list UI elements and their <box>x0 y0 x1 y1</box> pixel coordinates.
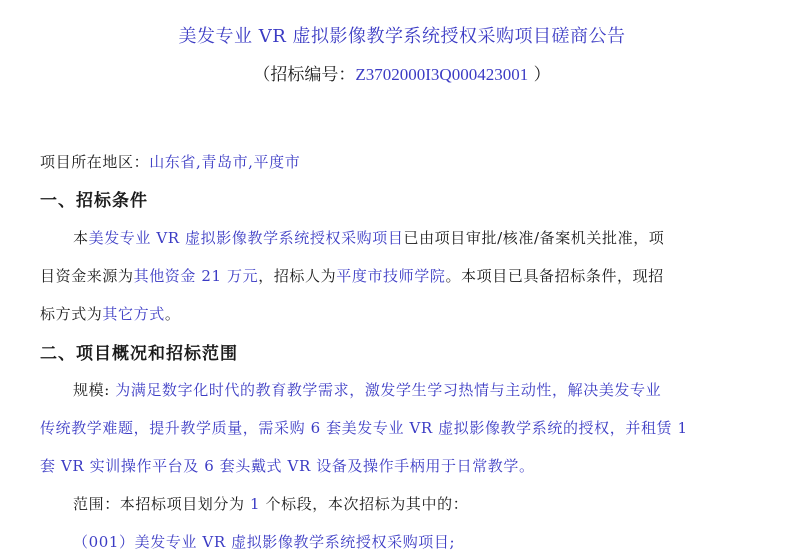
tender-number-suffix: ） <box>528 65 550 85</box>
region-label: 项目所在地区： <box>40 153 149 171</box>
tender-number: Z3702000I3Q000423001 <box>355 65 528 84</box>
scope-line: 范围：本招标项目划分为 1 个标段，本次招标为其中的： <box>73 492 468 516</box>
text: 标方式为 <box>40 305 102 323</box>
tender-number-prefix: （招标编号： <box>253 65 355 85</box>
tender-announcement: 美发专业 VR 虚拟影像教学系统授权采购项目磋商公告 （招标编号：Z370200… <box>0 0 804 558</box>
project-name: 美发专业 VR 虚拟影像教学系统授权采购项目 <box>89 229 404 247</box>
tender-number-line: （招标编号：Z3702000I3Q000423001 ） <box>0 62 804 88</box>
text: ，招标人为 <box>258 267 336 285</box>
text: 范围：本招标项目划分为 <box>73 495 250 513</box>
scale-text: 为满足数字化时代的教育教学需求，激发学生学习热情与主动性，解决美发专业 <box>110 381 661 399</box>
project-region: 项目所在地区：山东省,青岛市,平度市 <box>40 150 300 174</box>
section-1-line-3: 标方式为其它方式。 <box>40 302 180 326</box>
scale-line-3: 套 VR 实训操作平台及 6 套头戴式 VR 设备及操作手柄用于日常教学。 <box>40 454 535 478</box>
region-value: 山东省,青岛市,平度市 <box>149 153 300 171</box>
text: 个标段，本次招标为其中的： <box>260 495 468 513</box>
lot-item: （001）美发专业 VR 虚拟影像教学系统授权采购项目; <box>73 530 455 554</box>
document-title: 美发专业 VR 虚拟影像教学系统授权采购项目磋商公告 <box>0 24 804 50</box>
text: 本 <box>73 229 89 247</box>
text: 已由项目审批/核准/备案机关批准，项 <box>403 229 664 247</box>
scale-line-2: 传统教学难题，提升教学质量，需采购 6 套美发专业 VR 虚拟影像教学系统的授权… <box>40 416 688 440</box>
funding-source: 其他资金 21 万元 <box>134 267 259 285</box>
text: 。本项目已具备招标条件，现招 <box>445 267 663 285</box>
section-1-line-2: 目资金来源为其他资金 21 万元，招标人为平度市技师学院。本项目已具备招标条件，… <box>40 264 664 288</box>
tenderer-name: 平度市技师学院 <box>336 267 445 285</box>
tender-method: 其它方式 <box>102 305 164 323</box>
section-2-heading: 二、项目概况和招标范围 <box>40 341 238 367</box>
section-1-line-1: 本美发专业 VR 虚拟影像教学系统授权采购项目已由项目审批/核准/备案机关批准，… <box>73 226 664 250</box>
scale-line-1: 规模: 为满足数字化时代的教育教学需求，激发学生学习热情与主动性，解决美发专业 <box>73 378 661 402</box>
text: 目资金来源为 <box>40 267 134 285</box>
text: 。 <box>165 305 181 323</box>
section-1-heading: 一、招标条件 <box>40 188 148 214</box>
lot-count: 1 <box>250 495 260 513</box>
scale-label: 规模: <box>73 381 110 399</box>
